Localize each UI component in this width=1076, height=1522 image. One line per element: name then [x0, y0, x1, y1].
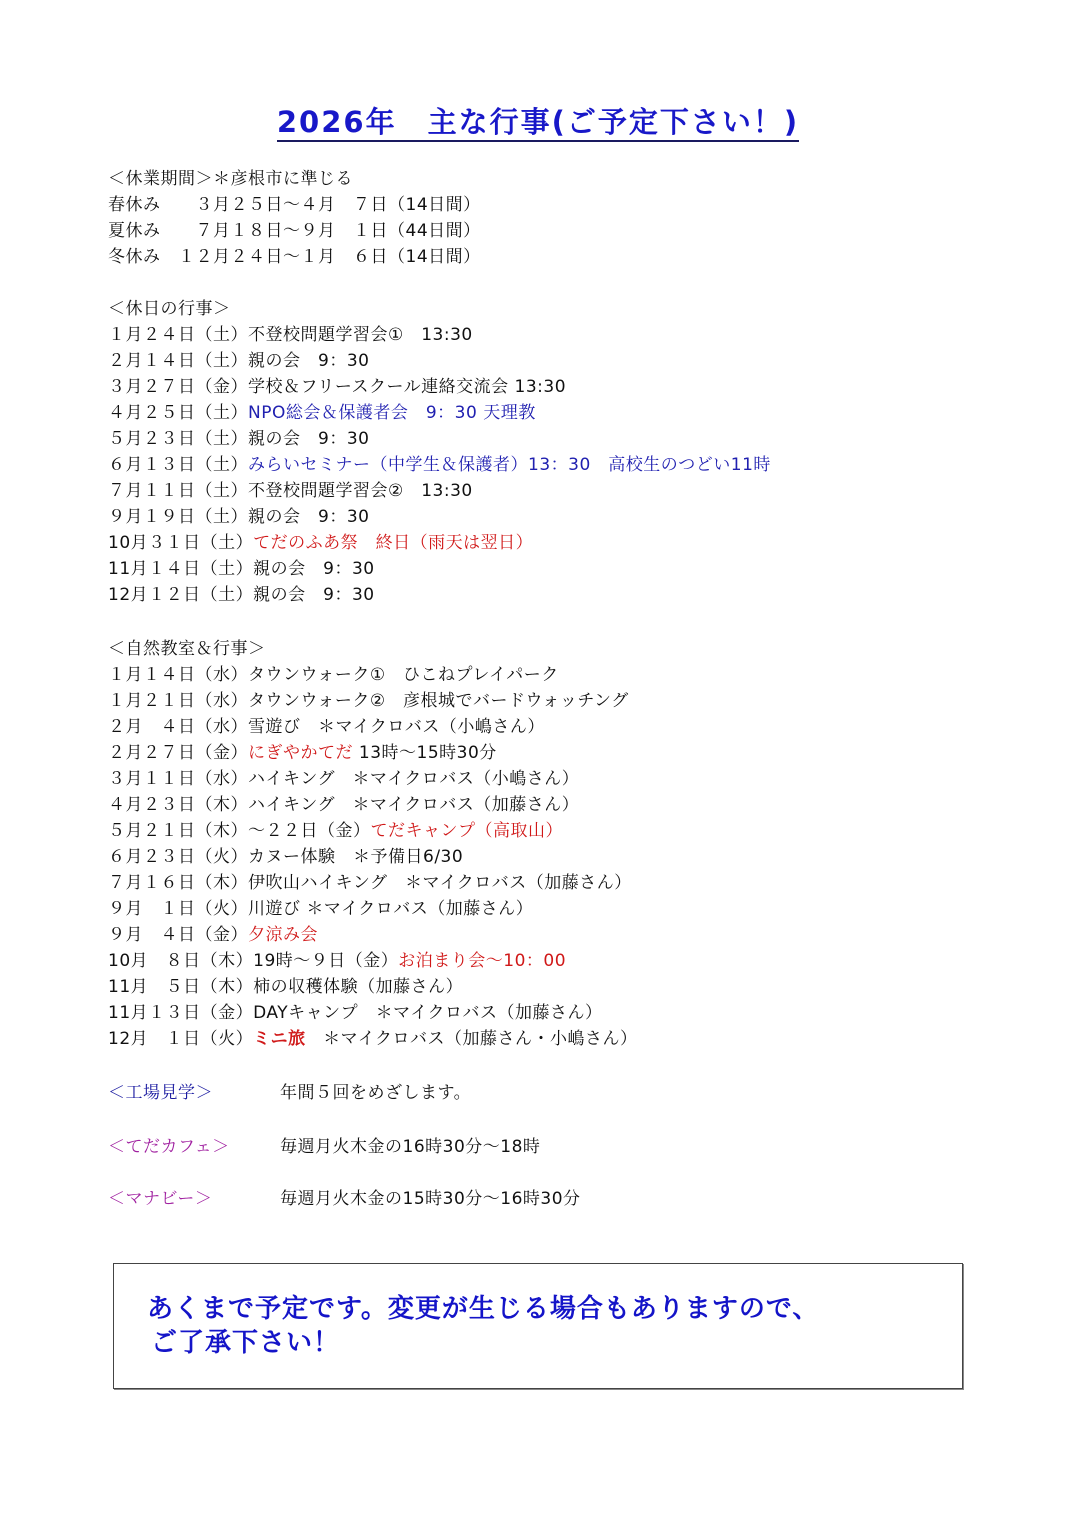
- event-text: 親の会 9：30: [253, 559, 374, 579]
- event-date: 11月 ５日（木）: [108, 977, 253, 997]
- nature-event-row: 10月 ８日（木）19時～９日（金）お泊まり会～10：00: [108, 950, 566, 972]
- event-date: 10月 ８日（木）: [108, 951, 253, 971]
- event-date: ４月２５日（土）: [108, 403, 248, 423]
- event-highlight: てだキャンプ（高取山）: [371, 821, 564, 841]
- event-date: ７月１１日（土）: [108, 481, 248, 501]
- program-value: 年間５回をめざします。: [280, 1083, 471, 1103]
- event-text: 不登校問題学習会② 13:30: [248, 481, 473, 501]
- vacation-row: 春休み ３月２５日～４月 ７日（14日間）: [108, 194, 481, 216]
- event-text: 学校＆フリースクール連絡交流会 13:30: [248, 377, 566, 397]
- program-label: ＜てだカフェ＞: [108, 1136, 280, 1158]
- event-text-post: ＊マイクロバス（加藤さん・小嶋さん）: [306, 1029, 638, 1049]
- nature-event-row: ４月２３日（木）ハイキング ＊マイクロバス（加藤さん）: [108, 794, 579, 816]
- event-text: カヌー体験 ＊予備日6/30: [248, 847, 463, 867]
- notice-line-1: あくまで予定です。変更が生じる場合もありますので、: [147, 1292, 819, 1326]
- holiday-event-row: 11月１４日（土）親の会 9：30: [108, 558, 375, 580]
- event-date: ９月 １日（火）: [108, 899, 248, 919]
- event-date: １月２１日（水）: [108, 691, 248, 711]
- nature-events-header: ＜自然教室＆行事＞: [108, 638, 266, 660]
- page-title: 2026年 主な行事(ご予定下さい！): [277, 104, 799, 142]
- notice-line-2: ご了承下さい！: [147, 1326, 819, 1360]
- holiday-event-row: ９月１９日（土）親の会 9：30: [108, 506, 369, 528]
- event-text: ハイキング ＊マイクロバス（加藤さん）: [248, 795, 579, 815]
- event-date: 12月 １日（火）: [108, 1029, 253, 1049]
- event-date: １月１４日（水）: [108, 665, 248, 685]
- event-text: 川遊び ＊マイクロバス（加藤さん）: [248, 899, 533, 919]
- event-date: １月２４日（土）: [108, 325, 248, 345]
- event-date: ９月１９日（土）: [108, 507, 248, 527]
- event-date: 11月１３日（金）: [108, 1003, 253, 1023]
- event-highlight: ミニ旅: [253, 1029, 306, 1049]
- nature-event-row: ５月２１日（木）～２２日（金）てだキャンプ（高取山）: [108, 820, 563, 842]
- event-date: 11月１４日（土）: [108, 559, 253, 579]
- program-label: ＜工場見学＞: [108, 1082, 280, 1104]
- event-date: ６月１３日（土）: [108, 455, 248, 475]
- event-date: ３月１１日（水）: [108, 769, 248, 789]
- event-text: 雪遊び ＊マイクロバス（小嶋さん）: [248, 717, 545, 737]
- nature-event-row: ２月２７日（金）にぎやかてだ 13時～15時30分: [108, 742, 497, 764]
- program-teda-cafe: ＜てだカフェ＞毎週月火木金の16時30分～18時: [108, 1136, 540, 1158]
- vacation-row: 夏休み ７月１８日～９月 １日（44日間）: [108, 220, 481, 242]
- event-date: ５月２３日（土）: [108, 429, 248, 449]
- nature-event-row: １月２１日（水）タウンウォーク② 彦根城でバードウォッチング: [108, 690, 629, 712]
- holiday-event-row: １月２４日（土）不登校問題学習会① 13:30: [108, 324, 473, 346]
- event-date: ２月 ４日（水）: [108, 717, 248, 737]
- event-text: NPO総会＆保護者会 9：30 天理教: [248, 403, 536, 423]
- event-text: DAYキャンプ ＊マイクロバス（加藤さん）: [253, 1003, 602, 1023]
- event-text: 伊吹山ハイキング ＊マイクロバス（加藤さん）: [248, 873, 632, 893]
- event-date: ４月２３日（木）: [108, 795, 248, 815]
- event-date: ９月 ４日（金）: [108, 925, 248, 945]
- event-text: 親の会 9：30: [248, 507, 369, 527]
- holiday-event-row: 10月３１日（土）てだのふあ祭 終日（雨天は翌日）: [108, 532, 533, 554]
- nature-event-row: 11月１３日（金）DAYキャンプ ＊マイクロバス（加藤さん）: [108, 1002, 602, 1024]
- holiday-event-row: ６月１３日（土）みらいセミナー（中学生＆保護者）13：30 高校生のつどい11時: [108, 454, 771, 476]
- event-text: てだのふあ祭 終日（雨天は翌日）: [253, 533, 533, 553]
- holiday-event-row: ３月２７日（金）学校＆フリースクール連絡交流会 13:30: [108, 376, 566, 398]
- nature-event-row: ９月 １日（火）川遊び ＊マイクロバス（加藤さん）: [108, 898, 533, 920]
- event-text: 親の会 9：30: [248, 429, 369, 449]
- event-text: 親の会 9：30: [253, 585, 374, 605]
- event-date: ３月２７日（金）: [108, 377, 248, 397]
- event-highlight: にぎやかてだ: [248, 743, 353, 763]
- holiday-event-row: 12月１２日（土）親の会 9：30: [108, 584, 375, 606]
- event-date: 12月１２日（土）: [108, 585, 253, 605]
- event-text: 親の会 9：30: [248, 351, 369, 371]
- holiday-event-row: ４月２５日（土）NPO総会＆保護者会 9：30 天理教: [108, 402, 536, 424]
- event-text: タウンウォーク② 彦根城でバードウォッチング: [248, 691, 629, 711]
- event-date: ５月２１日（木）: [108, 821, 248, 841]
- program-factory-tour: ＜工場見学＞年間５回をめざします。: [108, 1082, 471, 1104]
- notice-box: あくまで予定です。変更が生じる場合もありますので、 ご了承下さい！: [113, 1263, 963, 1389]
- nature-event-row: １月１４日（水）タウンウォーク① ひこねプレイパーク: [108, 664, 559, 686]
- event-date: ２月１４日（土）: [108, 351, 248, 371]
- notice-text: あくまで予定です。変更が生じる場合もありますので、 ご了承下さい！: [147, 1292, 819, 1360]
- event-date: ６月２３日（火）: [108, 847, 248, 867]
- nature-event-row: 12月 １日（火）ミニ旅 ＊マイクロバス（加藤さん・小嶋さん）: [108, 1028, 637, 1050]
- event-text: 柿の収穫体験（加藤さん）: [253, 977, 463, 997]
- holiday-event-row: ５月２３日（土）親の会 9：30: [108, 428, 369, 450]
- holiday-events-header: ＜休日の行事＞: [108, 298, 231, 320]
- event-text: ハイキング ＊マイクロバス（小嶋さん）: [248, 769, 579, 789]
- event-text: 不登校問題学習会① 13:30: [248, 325, 473, 345]
- holiday-event-row: ７月１１日（土）不登校問題学習会② 13:30: [108, 480, 473, 502]
- vacation-row: 冬休み １２月２４日～１月 ６日（14日間）: [108, 246, 481, 268]
- event-text: みらいセミナー（中学生＆保護者）13：30 高校生のつどい11時: [248, 455, 771, 475]
- vacation-header: ＜休業期間＞＊彦根市に準じる: [108, 168, 353, 190]
- event-text: ～２２日（金）: [248, 821, 371, 841]
- event-date: 10月３１日（土）: [108, 533, 253, 553]
- page-title-wrap: 2026年 主な行事(ご予定下さい！): [0, 104, 1076, 142]
- nature-event-row: ３月１１日（水）ハイキング ＊マイクロバス（小嶋さん）: [108, 768, 579, 790]
- nature-event-row: 11月 ５日（木）柿の収穫体験（加藤さん）: [108, 976, 463, 998]
- event-text: 19時～９日（金）: [253, 951, 398, 971]
- event-date: ７月１６日（木）: [108, 873, 248, 893]
- nature-event-row: ６月２３日（火）カヌー体験 ＊予備日6/30: [108, 846, 463, 868]
- nature-event-row: ２月 ４日（水）雪遊び ＊マイクロバス（小嶋さん）: [108, 716, 545, 738]
- holiday-event-row: ２月１４日（土）親の会 9：30: [108, 350, 369, 372]
- event-date: ２月２７日（金）: [108, 743, 248, 763]
- event-highlight: 夕涼み会: [248, 925, 318, 945]
- program-value: 毎週月火木金の15時30分～16時30分: [280, 1189, 581, 1209]
- event-highlight: お泊まり会～10：00: [398, 951, 566, 971]
- program-value: 毎週月火木金の16時30分～18時: [280, 1137, 540, 1157]
- nature-event-row: ９月 ４日（金）夕涼み会: [108, 924, 318, 946]
- event-text-post: 13時～15時30分: [353, 743, 497, 763]
- program-label: ＜マナビー＞: [108, 1188, 280, 1210]
- event-text: タウンウォーク① ひこねプレイパーク: [248, 665, 559, 685]
- program-manabee: ＜マナビー＞毎週月火木金の15時30分～16時30分: [108, 1188, 581, 1210]
- nature-event-row: ７月１６日（木）伊吹山ハイキング ＊マイクロバス（加藤さん）: [108, 872, 632, 894]
